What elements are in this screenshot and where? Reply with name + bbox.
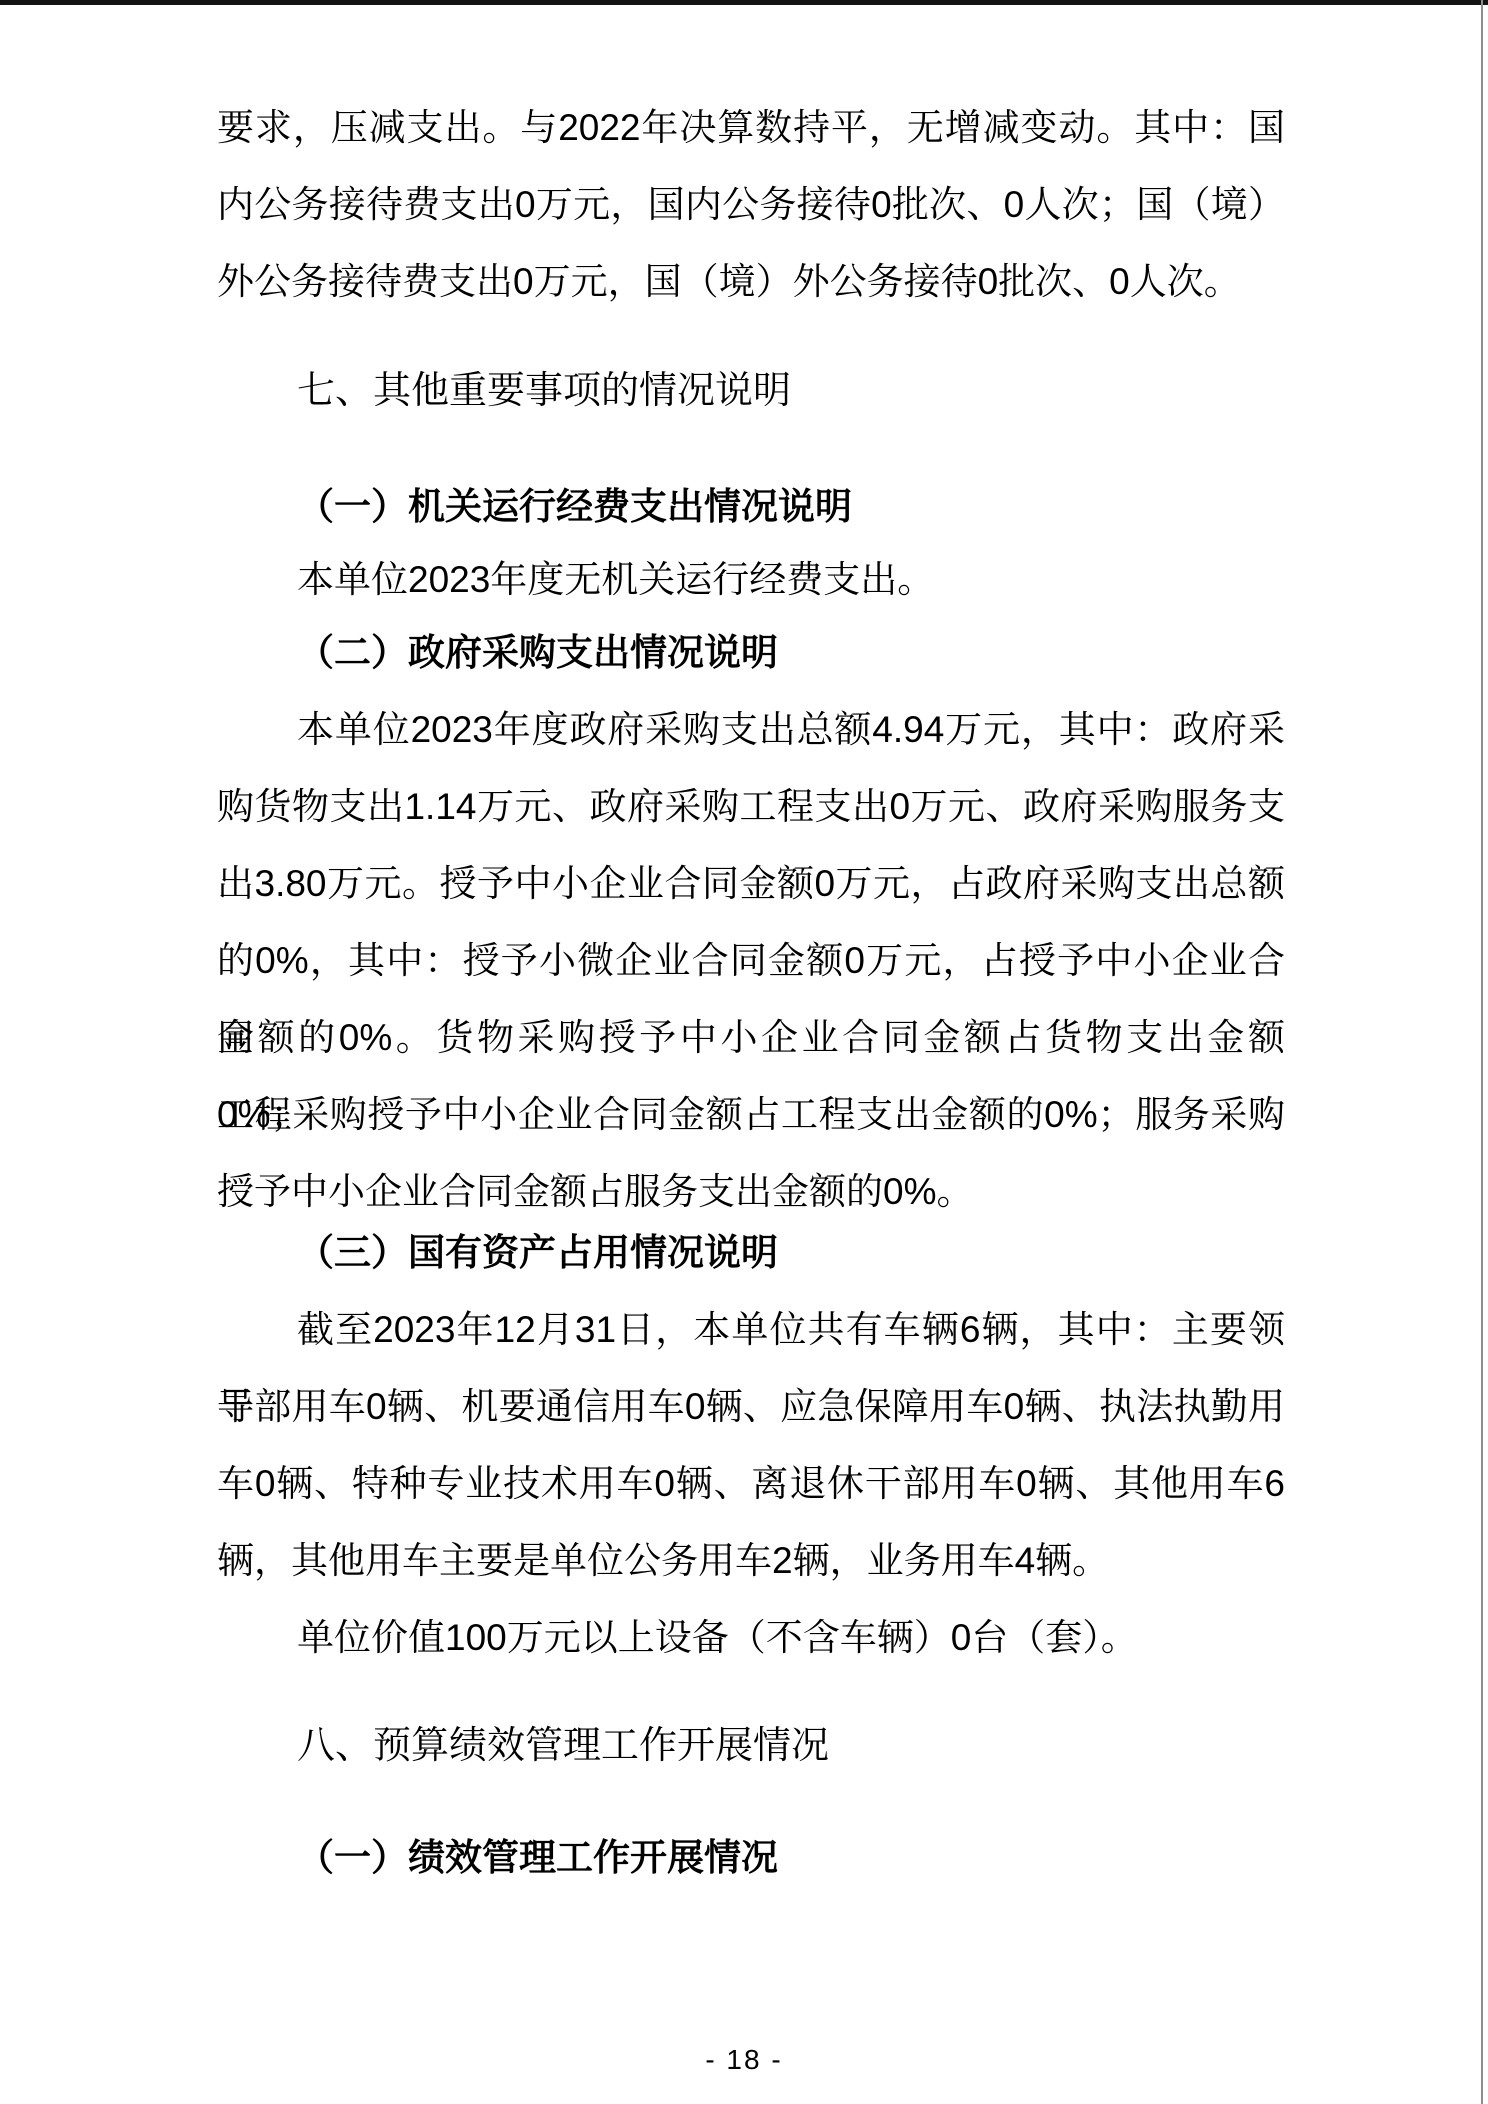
page-top-scan-edge: [0, 0, 1488, 5]
text-line: 本单位2023年度政府采购支出总额4.94万元，其中：政府采: [217, 691, 1285, 768]
text-line: 工程采购授予中小企业合同金额占工程支出金额的0%；服务采购: [217, 1076, 1285, 1153]
text-line: 外公务接待费支出0万元，国（境）外公务接待0批次、0人次。: [217, 243, 1285, 320]
document-page: 要求，压减支出。与2022年决算数持平，无增减变动。其中：国 内公务接待费支出0…: [0, 0, 1488, 2104]
heading-line: 八、预算绩效管理工作开展情况: [217, 1708, 1285, 1785]
subsection-heading-7-3: （三）国有资产占用情况说明: [217, 1214, 1285, 1291]
paragraph-operating-expense: 本单位2023年度无机关运行经费支出。: [217, 541, 1285, 618]
text-line: 要求，压减支出。与2022年决算数持平，无增减变动。其中：国: [217, 89, 1285, 166]
text-line: 出3.80万元。授予中小企业合同金额0万元，占政府采购支出总额: [217, 845, 1285, 922]
text-line: 购货物支出1.14万元、政府采购工程支出0万元、政府采购服务支: [217, 768, 1285, 845]
subsection-heading-7-1: （一）机关运行经费支出情况说明: [217, 468, 1285, 545]
paragraph-government-procurement: 本单位2023年度政府采购支出总额4.94万元，其中：政府采 购货物支出1.14…: [217, 691, 1285, 1230]
text-line: 干部用车0辆、机要通信用车0辆、应急保障用车0辆、执法执勤用: [217, 1368, 1285, 1445]
section-heading-7: 七、其他重要事项的情况说明: [217, 353, 1285, 430]
text-line: 车0辆、特种专业技术用车0辆、离退休干部用车0辆、其他用车6: [217, 1445, 1285, 1522]
heading-line: （二）政府采购支出情况说明: [217, 614, 1285, 691]
page-right-scan-edge: [1481, 0, 1483, 2104]
heading-line: 七、其他重要事项的情况说明: [217, 353, 1285, 430]
paragraph-equipment: 单位价值100万元以上设备（不含车辆）0台（套）。: [217, 1599, 1285, 1676]
subsection-heading-8-1: （一）绩效管理工作开展情况: [217, 1819, 1285, 1896]
heading-line: （一）绩效管理工作开展情况: [217, 1819, 1285, 1896]
heading-line: （一）机关运行经费支出情况说明: [217, 468, 1285, 545]
section-heading-8: 八、预算绩效管理工作开展情况: [217, 1708, 1285, 1785]
text-line: 的0%，其中：授予小微企业合同金额0万元，占授予中小企业合同: [217, 922, 1285, 999]
heading-line: （三）国有资产占用情况说明: [217, 1214, 1285, 1291]
text-line: 单位价值100万元以上设备（不含车辆）0台（套）。: [217, 1599, 1285, 1676]
paragraph-state-assets-vehicles: 截至2023年12月31日，本单位共有车辆6辆，其中：主要领导 干部用车0辆、机…: [217, 1291, 1285, 1599]
text-line: 辆，其他用车主要是单位公务用车2辆，业务用车4辆。: [217, 1522, 1285, 1599]
text-line: 本单位2023年度无机关运行经费支出。: [217, 541, 1285, 618]
page-number: - 18 -: [0, 2042, 1488, 2078]
subsection-heading-7-2: （二）政府采购支出情况说明: [217, 614, 1285, 691]
text-line: 金额的0%。货物采购授予中小企业合同金额占货物支出金额0%；: [217, 999, 1285, 1076]
text-line: 截至2023年12月31日，本单位共有车辆6辆，其中：主要领导: [217, 1291, 1285, 1368]
text-line: 内公务接待费支出0万元，国内公务接待0批次、0人次；国（境）: [217, 166, 1285, 243]
paragraph-official-reception: 要求，压减支出。与2022年决算数持平，无增减变动。其中：国 内公务接待费支出0…: [217, 89, 1285, 320]
